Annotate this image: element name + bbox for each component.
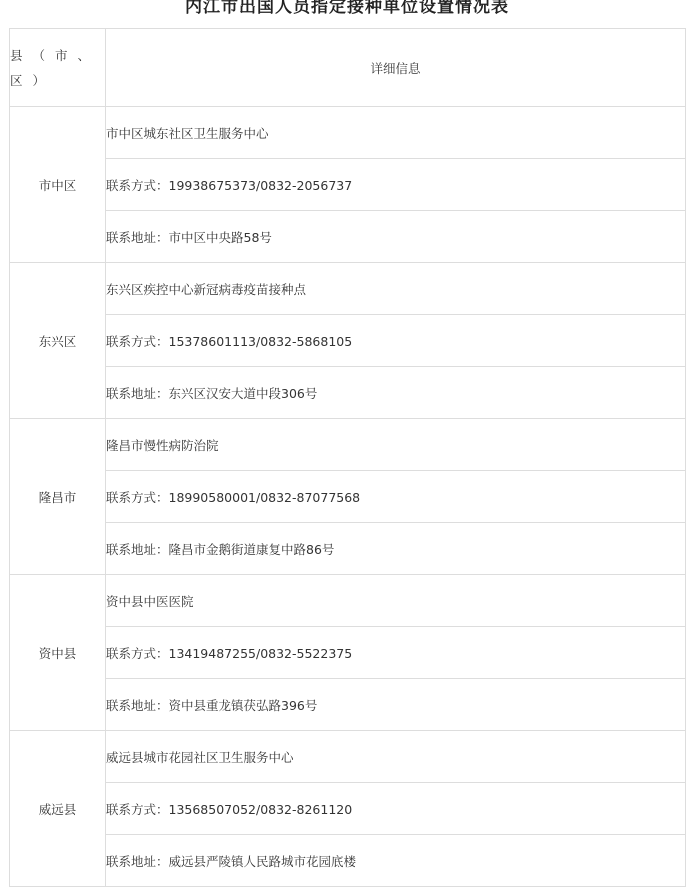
table-row: 联系方式：18990580001/0832-87077568 bbox=[10, 471, 686, 523]
county-cell: 市中区 bbox=[10, 107, 106, 263]
site-address: 联系地址：东兴区汉安大道中段306号 bbox=[106, 367, 686, 419]
table-row: 联系地址：隆昌市金鹅街道康复中路86号 bbox=[10, 523, 686, 575]
table-row: 联系地址：东兴区汉安大道中段306号 bbox=[10, 367, 686, 419]
header-county: 县（市、区） bbox=[10, 29, 106, 107]
table-row: 联系方式：15378601113/0832-5868105 bbox=[10, 315, 686, 367]
site-name: 隆昌市慢性病防治院 bbox=[106, 419, 686, 471]
table-row: 联系方式：19938675373/0832-2056737 bbox=[10, 159, 686, 211]
table-row: 联系地址：威远县严陵镇人民路城市花园底楼 bbox=[10, 835, 686, 887]
county-cell: 隆昌市 bbox=[10, 419, 106, 575]
site-name: 资中县中医医院 bbox=[106, 575, 686, 627]
table-row: 联系地址：市中区中央路58号 bbox=[10, 211, 686, 263]
county-cell: 资中县 bbox=[10, 575, 106, 731]
site-contact: 联系方式：13568507052/0832-8261120 bbox=[106, 783, 686, 835]
table-row: 隆昌市 隆昌市慢性病防治院 bbox=[10, 419, 686, 471]
site-name: 东兴区疾控中心新冠病毒疫苗接种点 bbox=[106, 263, 686, 315]
page-title: 内江市出国人员指定接种单位设置情况表 bbox=[0, 0, 694, 20]
table-row: 威远县 威远县城市花园社区卫生服务中心 bbox=[10, 731, 686, 783]
site-contact: 联系方式：13419487255/0832-5522375 bbox=[106, 627, 686, 679]
table-row: 资中县 资中县中医医院 bbox=[10, 575, 686, 627]
site-name: 威远县城市花园社区卫生服务中心 bbox=[106, 731, 686, 783]
site-address: 联系地址：市中区中央路58号 bbox=[106, 211, 686, 263]
site-contact: 联系方式：19938675373/0832-2056737 bbox=[106, 159, 686, 211]
header-detail: 详细信息 bbox=[106, 29, 686, 107]
vaccination-sites-table: 县（市、区） 详细信息 市中区 市中区城东社区卫生服务中心 联系方式：19938… bbox=[9, 28, 686, 887]
table-row: 联系方式：13568507052/0832-8261120 bbox=[10, 783, 686, 835]
county-cell: 东兴区 bbox=[10, 263, 106, 419]
site-name: 市中区城东社区卫生服务中心 bbox=[106, 107, 686, 159]
site-contact: 联系方式：18990580001/0832-87077568 bbox=[106, 471, 686, 523]
table-row: 联系地址：资中县重龙镇茯弘路396号 bbox=[10, 679, 686, 731]
county-cell: 威远县 bbox=[10, 731, 106, 887]
table-header-row: 县（市、区） 详细信息 bbox=[10, 29, 686, 107]
site-address: 联系地址：威远县严陵镇人民路城市花园底楼 bbox=[106, 835, 686, 887]
site-address: 联系地址：资中县重龙镇茯弘路396号 bbox=[106, 679, 686, 731]
table-row: 市中区 市中区城东社区卫生服务中心 bbox=[10, 107, 686, 159]
table-row: 东兴区 东兴区疾控中心新冠病毒疫苗接种点 bbox=[10, 263, 686, 315]
site-contact: 联系方式：15378601113/0832-5868105 bbox=[106, 315, 686, 367]
table-row: 联系方式：13419487255/0832-5522375 bbox=[10, 627, 686, 679]
site-address: 联系地址：隆昌市金鹅街道康复中路86号 bbox=[106, 523, 686, 575]
